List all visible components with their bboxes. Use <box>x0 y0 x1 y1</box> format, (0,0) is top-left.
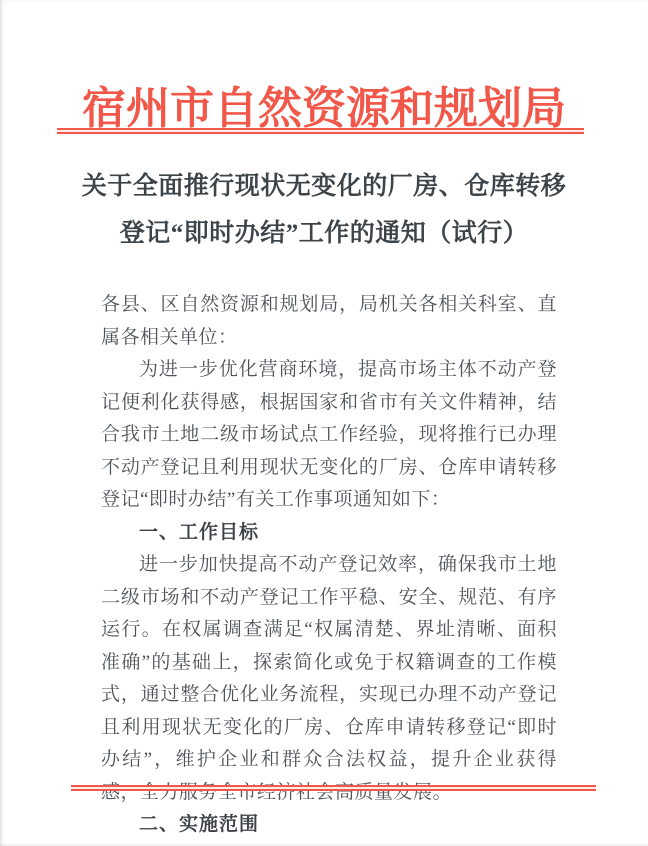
document-page: 宿州市自然资源和规划局 关于全面推行现状无变化的厂房、仓库转移 登记“即时办结”… <box>0 0 648 846</box>
salutation: 各县、区自然资源和规划局，局机关各相关科室、直属各相关单位： <box>101 289 557 354</box>
document-body: 各县、区自然资源和规划局，局机关各相关科室、直属各相关单位： 为进一步优化营商环… <box>101 289 557 842</box>
section-1-paragraph: 进一步加快提高不动产登记效率，确保我市土地二级市场和不动产登记工作平稳、安全、规… <box>101 549 557 809</box>
letterhead-double-rule <box>57 128 584 134</box>
document-title: 关于全面推行现状无变化的厂房、仓库转移 登记“即时办结”工作的通知（试行） <box>44 163 604 257</box>
intro-paragraph: 为进一步优化营商环境，提高市场主体不动产登记便利化获得感，根据国家和省市有关文件… <box>101 354 557 517</box>
section-1-heading: 一、工作目标 <box>101 517 557 550</box>
section-2-heading: 二、实施范围 <box>101 809 557 842</box>
document-title-line-2: 登记“即时办结”工作的通知（试行） <box>44 210 604 257</box>
footer-double-rule <box>71 785 596 791</box>
letterhead-org-name: 宿州市自然资源和规划局 <box>0 72 648 136</box>
document-title-line-1: 关于全面推行现状无变化的厂房、仓库转移 <box>44 163 604 210</box>
